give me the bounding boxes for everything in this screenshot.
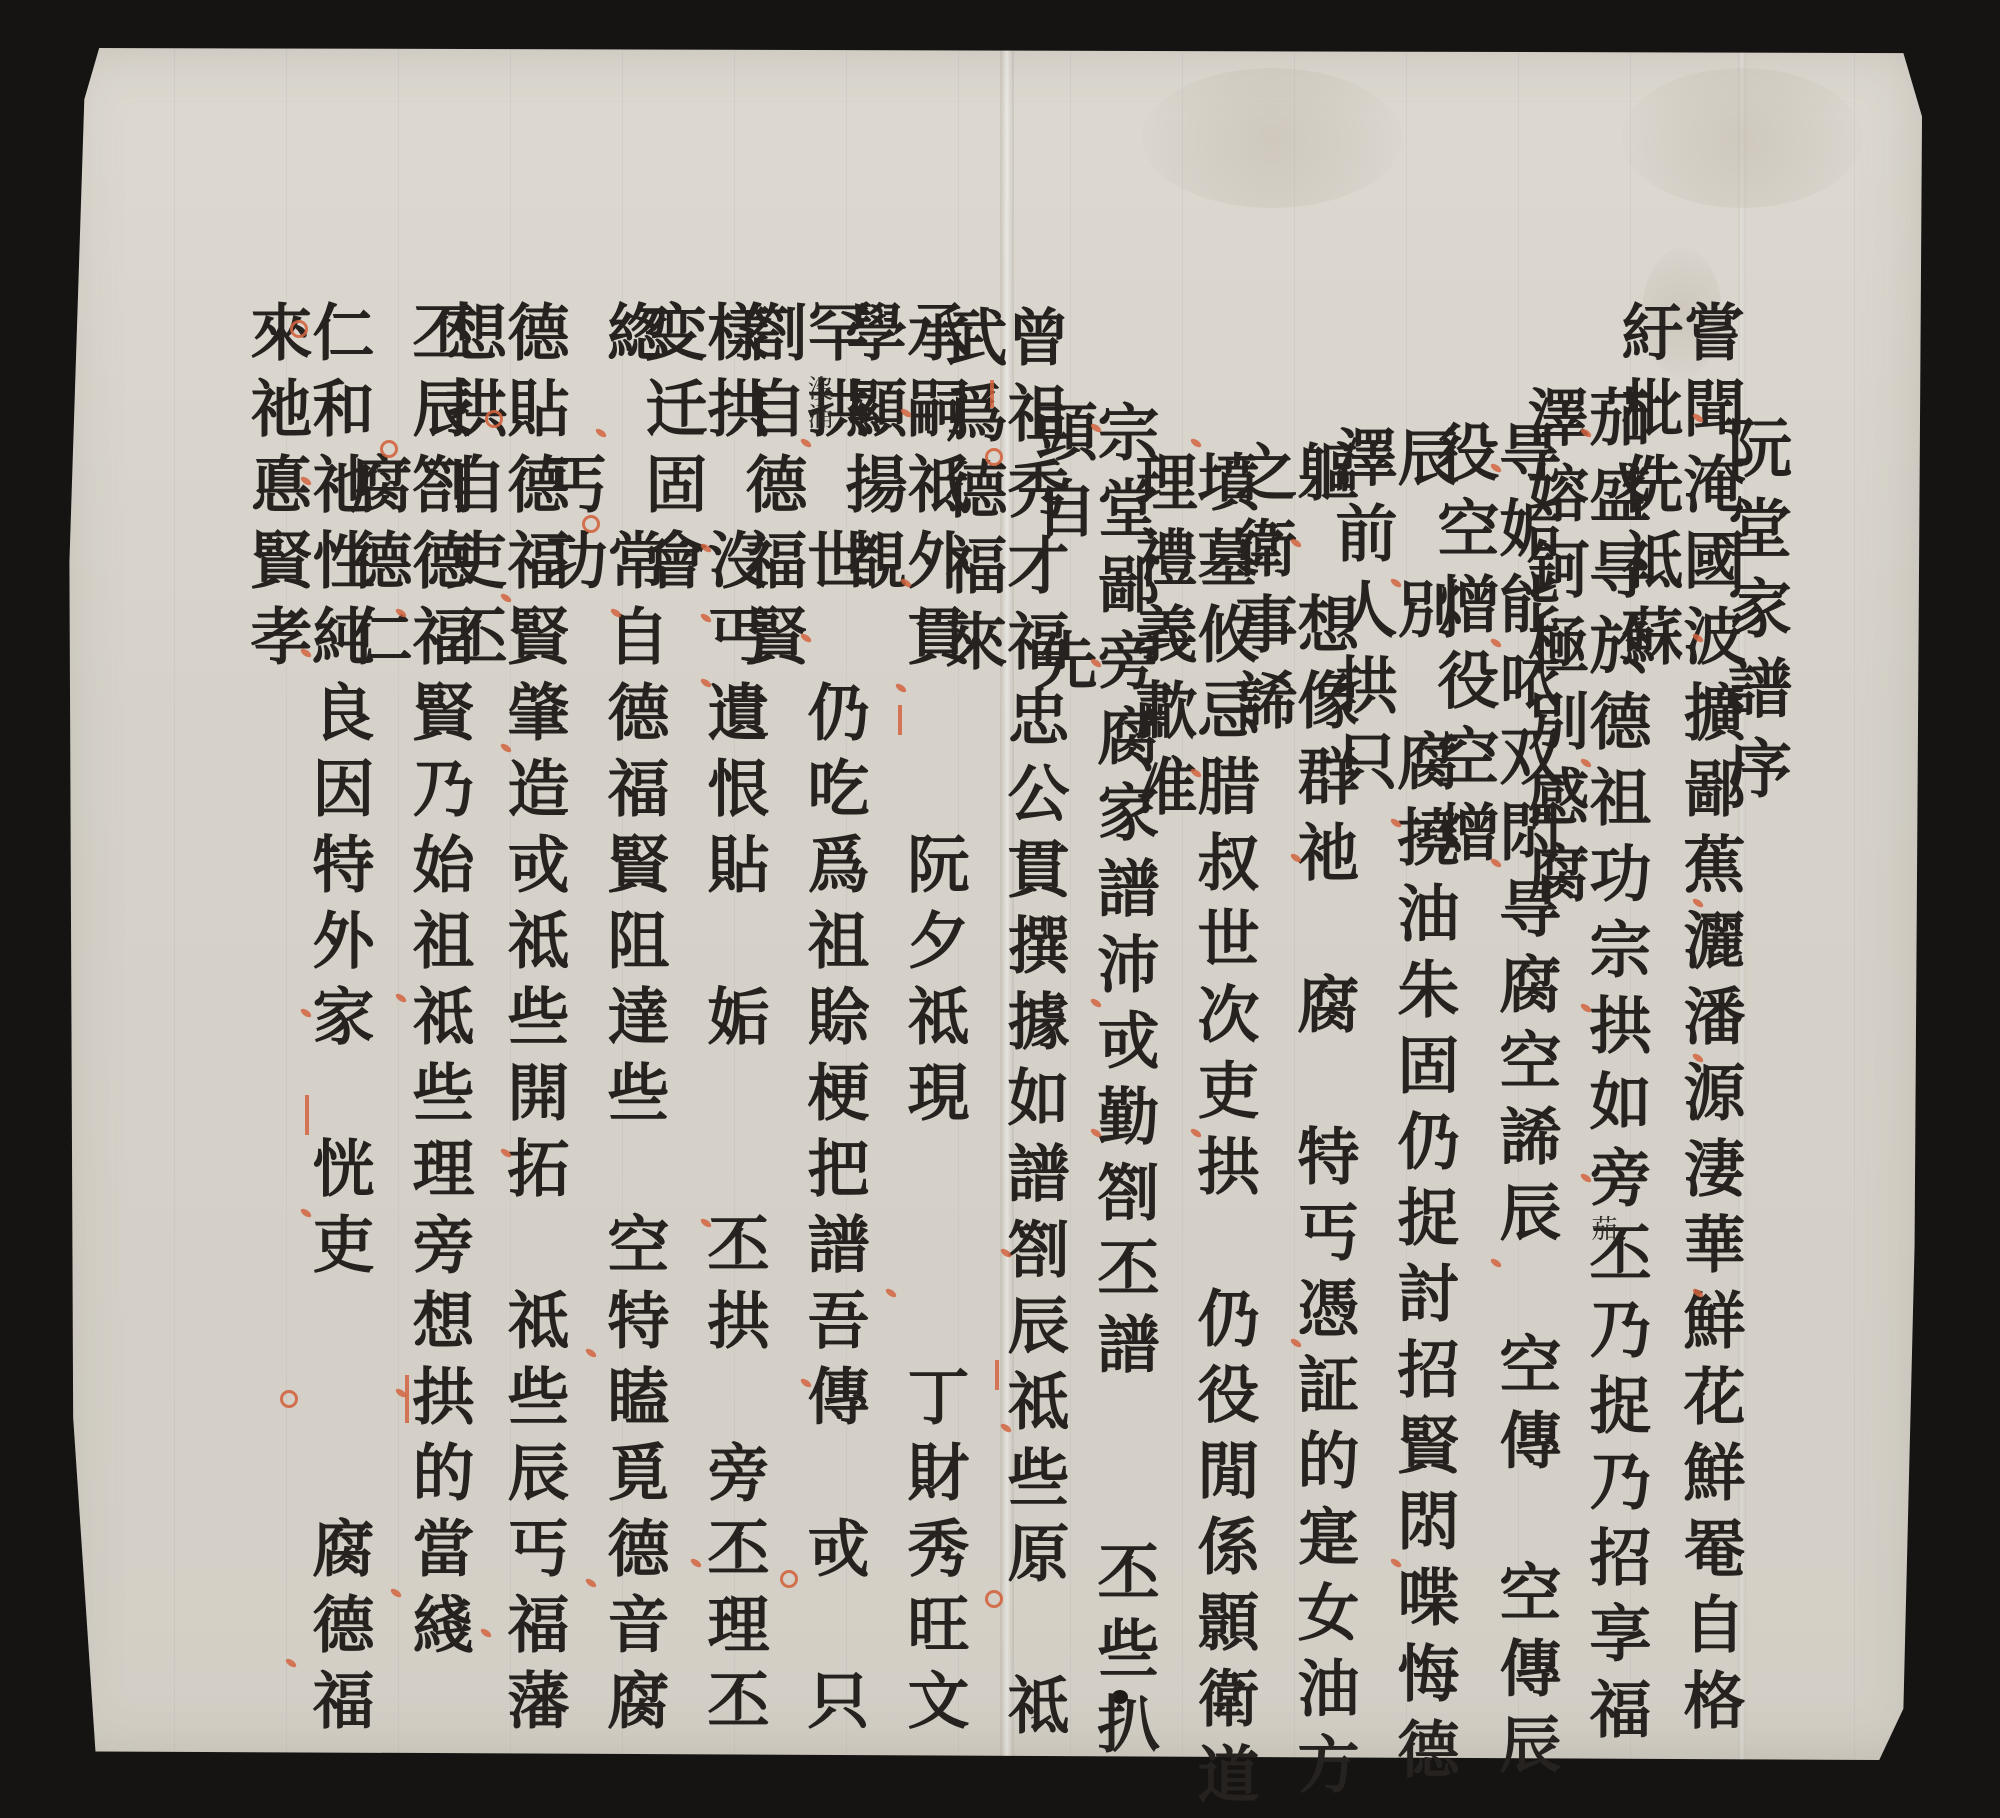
red-name-underline: [995, 1360, 999, 1390]
red-circle-mark: [485, 410, 503, 428]
red-circle-mark: [280, 1390, 298, 1408]
text-column-l8: 仁和祂性純良因特外家𦝄恍吏𠁀𠁀𠎬腐德福來祂悳賢孝: [245, 300, 369, 1818]
red-name-underline: [405, 1375, 409, 1423]
red-name-underline: [990, 380, 994, 408]
red-circle-mark: [582, 515, 600, 533]
red-circle-mark: [985, 1590, 1003, 1608]
red-circle-mark: [780, 1570, 798, 1588]
paper-stain: [1142, 68, 1402, 208]
red-circle-mark: [380, 440, 398, 458]
red-circle-mark: [290, 320, 308, 338]
paper-stain: [1622, 68, 1862, 208]
red-name-underline: [305, 1095, 309, 1135]
red-circle-mark: [985, 448, 1003, 466]
interlinear-note-left: 沒涌: [800, 375, 837, 431]
interlinear-note-right: 茄: [1584, 1215, 1621, 1243]
red-name-underline: [898, 705, 902, 735]
